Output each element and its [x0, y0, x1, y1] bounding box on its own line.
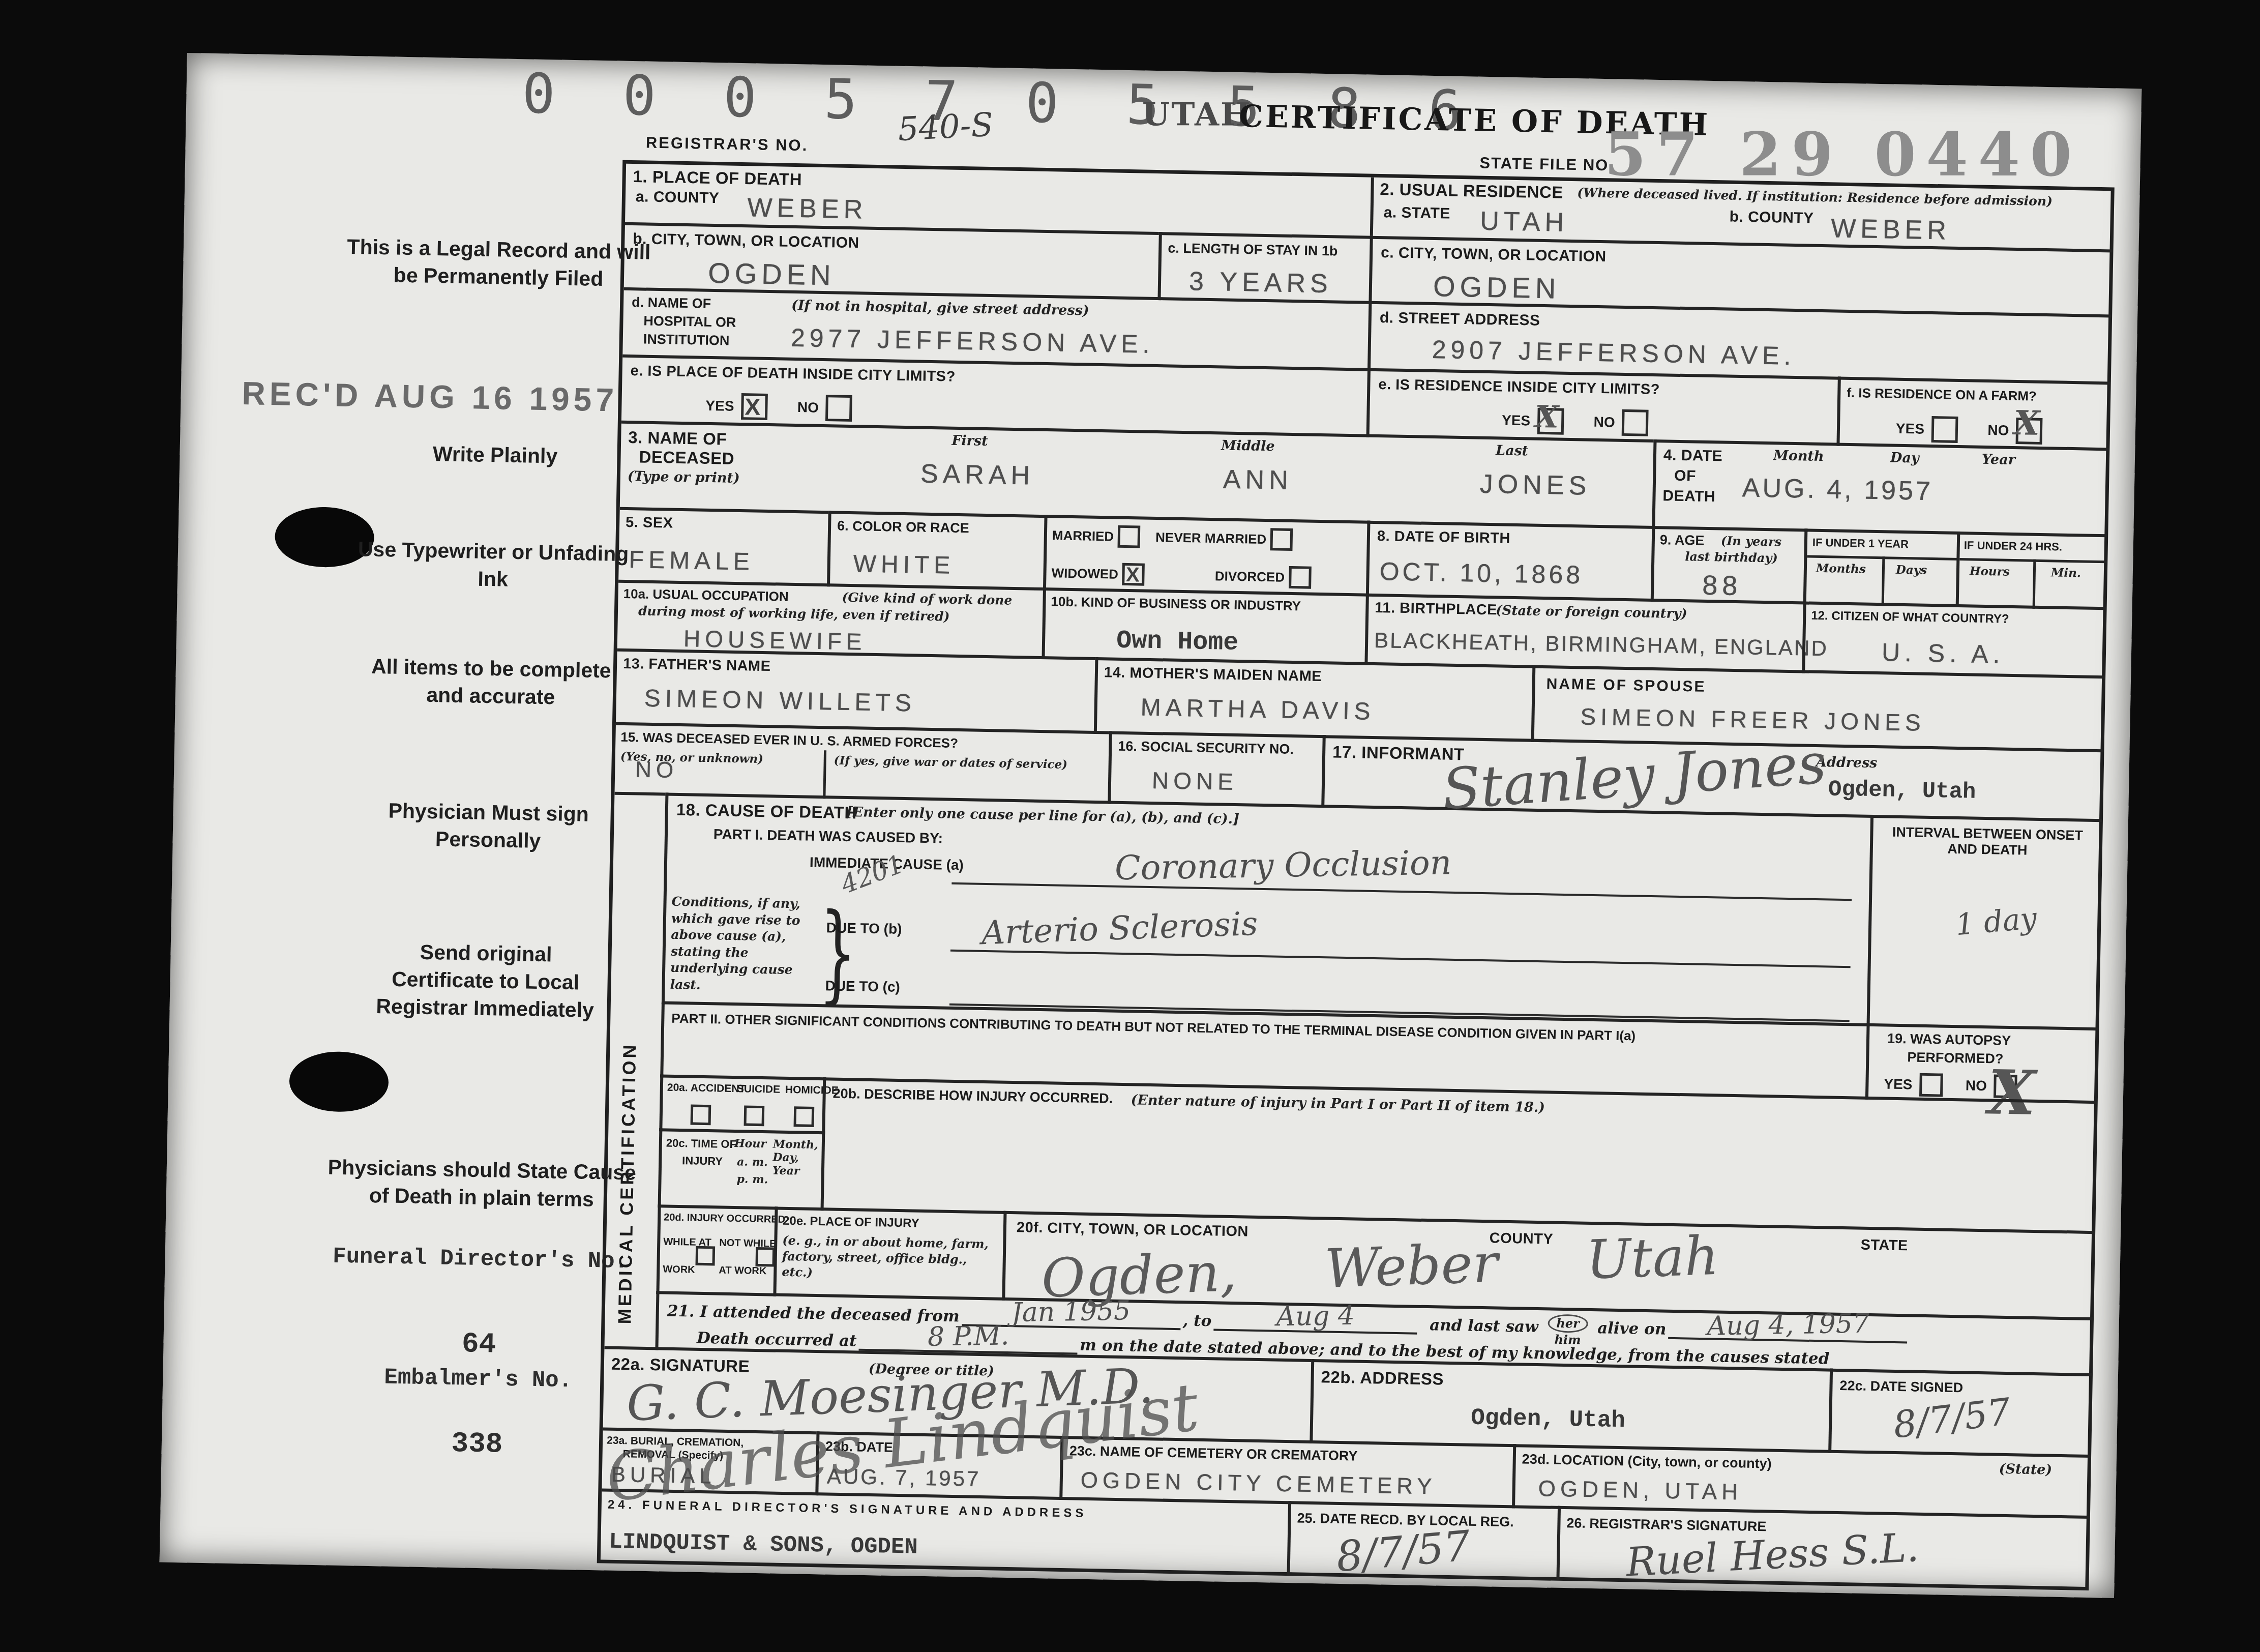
residence-state-value: UTAH — [1480, 206, 1569, 238]
deceased-name-note: (Type or print) — [628, 468, 740, 486]
brace-glyph: } — [818, 890, 858, 1015]
suicide-checkbox — [744, 1105, 765, 1126]
residence-city-label: c. CITY, TOWN, OR LOCATION — [1381, 244, 1607, 265]
cause-a-value: Coronary Occlusion — [1114, 843, 1451, 888]
suicide-label: SUICIDE — [737, 1083, 781, 1096]
her-circled: her — [1548, 1314, 1588, 1333]
yes-label: YES — [1884, 1076, 1913, 1092]
birthplace-value: BLACKHEATH, BIRMINGHAM, ENGLAND — [1374, 628, 1828, 661]
grid-line — [2033, 559, 2036, 609]
hospital-label-1: d. NAME OF — [632, 294, 711, 312]
yes-label: YES — [1502, 412, 1531, 428]
field-time-of-injury: 20c. TIME OF INJURY Hour a. m. p. m. Mon… — [658, 1128, 825, 1211]
registrar-signature-label: 26. REGISTRAR'S SIGNATURE — [1566, 1515, 1766, 1535]
hours-label: Hours — [1970, 564, 2010, 578]
date-received-value: 8/7/57 — [1334, 1522, 1472, 1581]
age-note-1: (In years — [1721, 533, 1782, 549]
divorced-checkbox — [1289, 566, 1312, 589]
yes-label: YES — [705, 398, 734, 414]
interval-label: INTERVAL BETWEEN ONSET AND DEATH — [1886, 824, 2090, 859]
am-label: a. m. — [737, 1155, 768, 1169]
describe-injury-label: 20b. DESCRIBE HOW INJURY OCCURRED. — [832, 1086, 1113, 1107]
scanned-death-certificate: 0 0 0 5 7 0 5 5 8 6 REGISTRAR'S NO. 540-… — [0, 0, 2260, 1652]
margin-legal-record-note: This is a Legal Record and will be Perma… — [346, 233, 652, 293]
age-label: 9. AGE — [1660, 532, 1705, 549]
field-autopsy: 19. WAS AUTOPSY PERFORMED? YES NOX — [1865, 1023, 2099, 1104]
field-sex: 5. SEX FEMALE — [618, 507, 828, 586]
death-city-value: OGDEN — [708, 256, 836, 292]
hour-label: Hour — [734, 1137, 767, 1150]
married-checkbox — [1118, 525, 1141, 548]
date-of-birth-label: 8. DATE OF BIRTH — [1377, 528, 1511, 547]
grid-line — [823, 750, 826, 799]
occupation-note-1: (Give kind of work done — [842, 590, 1012, 608]
mothers-name-label: 14. MOTHER'S MAIDEN NAME — [1104, 664, 1322, 685]
place-of-death-header: 1. PLACE OF DEATH — [633, 167, 802, 189]
date-signed-label: 22c. DATE SIGNED — [1839, 1378, 1963, 1396]
fathers-name-label: 13. FATHER'S NAME — [623, 656, 771, 675]
field-cause-of-death: 18. CAUSE OF DEATH [Enter only one cause… — [662, 792, 1874, 1026]
armed-forces-value: NO — [635, 757, 678, 783]
month-label: Month — [1773, 448, 1824, 464]
length-of-stay-value: 3 YEARS — [1189, 266, 1333, 299]
informant-address-value: Ogden, Utah — [1828, 777, 1976, 805]
married-label: MARRIED — [1052, 527, 1114, 544]
cause-of-death-header: 18. CAUSE OF DEATH — [676, 800, 857, 822]
under-1-year-label: IF UNDER 1 YEAR — [1812, 536, 1909, 551]
due-to-c-label: DUE TO (c) — [825, 978, 900, 995]
birthplace-label: 11. BIRTHPLACE — [1375, 600, 1497, 618]
physician-address-label: 22b. ADDRESS — [1321, 1367, 1444, 1389]
state-file-no-label: STATE FILE NO. — [1479, 154, 1614, 175]
part1-label: PART I. DEATH WAS CAUSED BY: — [713, 826, 943, 846]
field-birthplace: 11. BIRTHPLACE (State or foreign country… — [1364, 594, 1806, 673]
field-accident-suicide-homicide: 20a. ACCIDENT SUICIDE HOMICIDE — [659, 1074, 826, 1134]
residence-city-value: OGDEN — [1433, 270, 1561, 305]
date-of-death-header-3: DEATH — [1662, 487, 1715, 506]
death-city-label: b. CITY, TOWN, OR LOCATION — [633, 230, 859, 252]
spouse-label: NAME OF SPOUSE — [1546, 675, 1706, 696]
divorced-label: DIVORCED — [1215, 568, 1285, 585]
no-checkbox — [825, 395, 852, 422]
months-label: Months — [1816, 562, 1866, 576]
under-24-hrs-label: IF UNDER 24 HRS. — [1964, 539, 2063, 554]
field-age: 9. AGE (In years last birthday) 88 — [1651, 526, 1808, 605]
interval-value: 1 day — [1954, 901, 2038, 942]
street-address-value: 2907 JEFFERSON AVE. — [1432, 335, 1796, 371]
field-date-of-birth: 8. DATE OF BIRTH OCT. 10, 1868 — [1366, 521, 1655, 602]
yes-checkbox — [1919, 1073, 1943, 1097]
registrars-no-label: REGISTRAR'S NO. — [646, 134, 809, 155]
yes-checkbox: X — [741, 393, 768, 420]
cause-a-line — [951, 882, 1852, 901]
attended-to-value: Aug 4 — [1276, 1306, 1355, 1328]
time-injury-label-1: 20c. TIME OF — [666, 1137, 737, 1152]
cemetery-location-label: 23d. LOCATION (City, town, or county) — [1522, 1452, 1771, 1472]
conditions-note: Conditions, if any, which gave rise to a… — [670, 894, 814, 995]
registrar-signature-value: Ruel Hess S.L. — [1625, 1525, 1920, 1586]
no-checkbox: X — [1994, 1074, 2017, 1098]
residence-city-limits-boxes: YESX NO — [1502, 407, 1656, 436]
margin-write-plainly-note: Write Plainly — [342, 438, 648, 471]
date-of-death-value: AUG. 4, 1957 — [1742, 473, 1933, 507]
never-married-checkbox — [1270, 528, 1293, 551]
death-hour-value: 8 P.M. — [928, 1325, 1009, 1348]
date-signed-value: 8/7/57 — [1891, 1390, 2013, 1446]
field-describe-injury: 20b. DESCRIBE HOW INJURY OCCURRED. (Ente… — [820, 1077, 2097, 1234]
social-security-label: 16. SOCIAL SECURITY NO. — [1118, 739, 1294, 757]
field-injury-occurred: 20d. INJURY OCCURRED WHILE AT WORK NOT W… — [656, 1204, 778, 1296]
injury-state-label: STATE — [1860, 1237, 1908, 1255]
grid-line — [1882, 556, 1885, 606]
marital-line-1: MARRIED NEVER MARRIED — [1052, 524, 1365, 552]
injury-city-label: 20f. CITY, TOWN, OR LOCATION — [1017, 1219, 1249, 1240]
field-date-received: 25. DATE RECD. BY LOCAL REG. 8/7/57 — [1287, 1501, 1561, 1580]
title-utah: UTAH — [1142, 96, 1252, 133]
typed-x-mark: X — [745, 393, 761, 421]
usual-residence-note: (Where deceased lived. If institution: R… — [1577, 185, 2053, 209]
business-industry-label: 10b. KIND OF BUSINESS OR INDUSTRY — [1051, 594, 1301, 614]
medical-certification-label: MEDICAL CERTIFICATION — [614, 815, 644, 1324]
while-at-work-checkbox — [695, 1246, 715, 1266]
deceased-name-header-2: DECEASED — [639, 447, 734, 468]
accident-checkbox — [691, 1104, 711, 1125]
margin-plain-terms-note: Physicians should State Cause of Death i… — [318, 1153, 645, 1214]
day-label: Day — [1890, 450, 1919, 466]
field-social-security: 16. SOCIAL SECURITY NO. NONE — [1108, 731, 1326, 808]
color-race-label: 6. COLOR OR RACE — [837, 518, 969, 537]
death-city-limits-label: e. IS PLACE OF DEATH INSIDE CITY LIMITS? — [630, 363, 956, 386]
never-married-label: NEVER MARRIED — [1155, 529, 1267, 547]
while-at-work-label-2: WORK — [663, 1264, 695, 1276]
occupation-label: 10a. USUAL OCCUPATION — [623, 586, 789, 605]
residence-county-value: WEBER — [1831, 213, 1951, 246]
field-mothers-maiden-name: 14. MOTHER'S MAIDEN NAME MARTHA DAVIS — [1094, 657, 1536, 742]
field-residence-farm: f. IS RESIDENCE ON A FARM? YES NOX — [1836, 377, 2110, 451]
death-hour-blank: 8 P.M. — [858, 1327, 1078, 1355]
hospital-label-3: INSTITUTION — [643, 332, 730, 349]
field-fathers-name: 13. FATHER'S NAME SIMEON WILLETS — [616, 648, 1095, 734]
pm-label: p. m. — [736, 1172, 768, 1186]
date-of-death-header-1: 4. DATE — [1663, 447, 1723, 465]
margin-all-items-note: All items to be complete and accurate — [368, 653, 613, 712]
residence-farm-label: f. IS RESIDENCE ON A FARM? — [1847, 385, 2037, 404]
alive-on-text: alive on — [1597, 1319, 1667, 1338]
no-checkbox: X — [2016, 418, 2043, 445]
certificate-form: 1. PLACE OF DEATH a. COUNTY WEBER 2. USU… — [597, 160, 2115, 1590]
date-of-death-header-2: OF — [1674, 467, 1696, 485]
field-if-under-24-hrs: IF UNDER 24 HRS. Hours Min. — [1956, 532, 2108, 610]
armed-forces-note-2: (If yes, give war or dates of service) — [834, 754, 1067, 772]
field-date-signed: 22c. DATE SIGNED 8/7/57 — [1828, 1369, 2092, 1458]
not-while-checkbox — [755, 1247, 775, 1267]
first-name-value: SARAH — [920, 459, 1035, 491]
due-to-b-label: DUE TO (b) — [826, 920, 902, 937]
age-value: 88 — [1702, 570, 1742, 602]
sex-value: FEMALE — [629, 546, 754, 576]
attended-text-2: , to — [1182, 1311, 1211, 1330]
field-physician-address: 22b. ADDRESS Ogden, Utah — [1310, 1359, 1833, 1453]
business-industry-value: Own Home — [1116, 627, 1239, 658]
field-if-under-1-year: IF UNDER 1 YEAR Months Days — [1803, 528, 1960, 607]
last-saw-text: and last saw — [1430, 1316, 1538, 1336]
physician-address-value: Ogden, Utah — [1471, 1405, 1626, 1434]
registrars-no-value: 540-S — [897, 106, 994, 149]
cause-b-line — [950, 950, 1851, 968]
hole-punch-bottom — [289, 1051, 389, 1113]
fathers-name-value: SIMEON WILLETS — [644, 685, 916, 718]
length-of-stay-label: c. LENGTH OF STAY IN 1b — [1168, 240, 1338, 259]
residence-county-label: b. COUNTY — [1729, 209, 1814, 227]
year-label: Year — [1982, 452, 2015, 468]
residence-farm-boxes: YES NOX — [1896, 416, 2050, 445]
field-registrar-signature: 26. REGISTRAR'S SIGNATURE Ruel Hess S.L. — [1556, 1506, 2089, 1590]
min-label: Min. — [2051, 566, 2081, 580]
social-security-value: NONE — [1152, 766, 1238, 795]
death-city-limits-boxes: YESX NO — [705, 393, 859, 422]
middle-name-label: Middle — [1221, 437, 1275, 454]
armed-forces-label: 15. WAS DECEASED EVER IN U. S. ARMED FOR… — [620, 729, 958, 751]
spouse-value: SIMEON FREER JONES — [1580, 702, 1925, 736]
hospital-label-2: HOSPITAL OR — [643, 313, 736, 331]
first-name-label: First — [951, 433, 988, 449]
no-label: NO — [1987, 422, 2009, 438]
residence-city-limits-label: e. IS RESIDENCE INSIDE CITY LIMITS? — [1378, 376, 1660, 398]
field-date-of-death: 4. DATE OF DEATH Month Day Year AUG. 4, … — [1652, 439, 2109, 537]
field-armed-forces: 15. WAS DECEASED EVER IN U. S. ARMED FOR… — [614, 722, 1109, 804]
no-label: NO — [797, 399, 819, 416]
citizen-country-value: U. S. A. — [1881, 637, 2005, 669]
field-citizen-country: 12. CITIZEN OF WHAT COUNTRY? U. S. A. — [1802, 601, 2106, 678]
field-length-of-stay: c. LENGTH OF STAY IN 1b 3 YEARS — [1157, 232, 1373, 304]
autopsy-label-1: 19. WAS AUTOPSY — [1887, 1031, 2011, 1049]
funeral-directors-no-label: Funeral Director's No. — [328, 1242, 633, 1277]
birthplace-note: (State or foreign country) — [1496, 603, 1687, 622]
no-label: NO — [1966, 1077, 1987, 1094]
widowed-checkbox: X — [1122, 563, 1145, 586]
cause-of-death-note: [Enter only one cause per line for (a), … — [846, 804, 1240, 827]
alive-on-blank: Aug 4, 1957 — [1669, 1316, 1908, 1344]
middle-name-value: ANN — [1223, 464, 1293, 495]
citizen-country-label: 12. CITIZEN OF WHAT COUNTRY? — [1811, 609, 2009, 627]
county-value: WEBER — [747, 192, 868, 225]
county-label: a. COUNTY — [636, 188, 720, 207]
sex-label: 5. SEX — [626, 514, 673, 532]
funeral-directors-no-value: 64 — [326, 1323, 632, 1366]
informant-signature: Stanley Jones — [1440, 730, 1828, 822]
age-note-2: last birthday) — [1685, 549, 1778, 565]
hand-x-mark: X — [1535, 399, 1559, 435]
attended-to-blank: Aug 4 — [1213, 1307, 1417, 1334]
cemetery-state-note: (State) — [1999, 1461, 2052, 1478]
place-of-injury-label: 20e. PLACE OF INJURY — [783, 1214, 919, 1231]
days-label: Days — [1896, 563, 1927, 577]
field-marital-status: MARRIED NEVER MARRIED WIDOWEDX DIVORCED — [1043, 515, 1371, 597]
residence-state-label: a. STATE — [1383, 204, 1450, 222]
hand-x-mark: X — [2013, 403, 2040, 443]
field-interval-onset-death: INTERVAL BETWEEN ONSET AND DEATH 1 day — [1866, 815, 2102, 1030]
yes-label: YES — [1896, 421, 1925, 437]
alive-on-value: Aug 4, 1957 — [1707, 1313, 1869, 1337]
death-occurred-text: Death occurred at — [697, 1329, 857, 1350]
cemetery-location-value: OGDEN, UTAH — [1538, 1476, 1742, 1505]
field-usual-occupation: 10a. USUAL OCCUPATION (Give kind of work… — [617, 580, 1043, 659]
street-address-label: d. STREET ADDRESS — [1380, 309, 1540, 330]
month-day-year-label: Month, Day, Year — [772, 1137, 821, 1178]
field-residence-city-limits: e. IS RESIDENCE INSIDE CITY LIMITS? YESX… — [1366, 368, 1841, 446]
cemetery-value: OGDEN CITY CEMETERY — [1080, 1468, 1437, 1500]
color-race-value: WHITE — [853, 550, 955, 580]
hospital-note: (If not in hospital, give street address… — [791, 298, 1089, 319]
deceased-name-header-1: 3. NAME OF — [628, 428, 727, 449]
field-place-of-injury: 20e. PLACE OF INJURY (e. g., in or about… — [773, 1207, 1006, 1301]
last-name-value: JONES — [1479, 469, 1591, 501]
embalmers-no-label: Embalmer's No. — [325, 1362, 631, 1397]
typed-x-mark: X — [1126, 564, 1140, 586]
time-injury-label-2: INJURY — [682, 1154, 723, 1168]
describe-injury-note: (Enter nature of injury in Part I or Par… — [1131, 1092, 1545, 1115]
mothers-name-value: MARTHA DAVIS — [1140, 694, 1375, 726]
place-of-injury-note: (e. g., in or about home, farm, factory,… — [782, 1232, 996, 1284]
field-color-or-race: 6. COLOR OR RACE WHITE — [827, 511, 1048, 591]
homicide-checkbox — [794, 1106, 815, 1127]
yes-checkbox — [1931, 416, 1958, 443]
funeral-director-value: LINDQUIST & SONS, OGDEN — [609, 1529, 918, 1560]
no-checkbox — [1622, 409, 1649, 436]
margin-typewriter-note: Use Typewriter or Unfading Ink — [340, 535, 646, 596]
marital-line-2: WIDOWEDX DIVORCED — [1051, 562, 1364, 589]
autopsy-boxes: YES NOX — [1884, 1072, 2025, 1098]
certificate-paper: 0 0 0 5 7 0 5 5 8 6 REGISTRAR'S NO. 540-… — [160, 53, 2142, 1598]
accident-label: 20a. ACCIDENT — [667, 1082, 746, 1096]
hospital-value: 2977 JEFFERSON AVE. — [790, 323, 1154, 359]
attended-text-1: 21. I attended the deceased from — [667, 1302, 960, 1326]
cause-b-value: Arterio Sclerosis — [981, 905, 1259, 952]
embalmers-no-value: 338 — [324, 1423, 630, 1466]
usual-residence-header: 2. USUAL RESIDENCE — [1380, 180, 1563, 202]
margin-physician-sign-note: Physician Must sign Personally — [366, 796, 611, 856]
last-name-label: Last — [1496, 442, 1529, 459]
widowed-label: WIDOWED — [1051, 565, 1118, 582]
injury-occurred-label: 20d. INJURY OCCURRED — [664, 1212, 785, 1226]
margin-send-original-note: Send original Certificate to Local Regis… — [365, 937, 606, 1024]
no-label: NO — [1593, 414, 1615, 430]
occupation-note-2: during most of working life, even if ret… — [638, 603, 950, 624]
field-business-industry: 10b. KIND OF BUSINESS OR INDUSTRY Own Ho… — [1042, 587, 1369, 665]
date-of-birth-value: OCT. 10, 1868 — [1379, 556, 1583, 589]
yes-checkbox: X — [1537, 408, 1564, 435]
not-while-label-2: AT WORK — [719, 1265, 766, 1278]
